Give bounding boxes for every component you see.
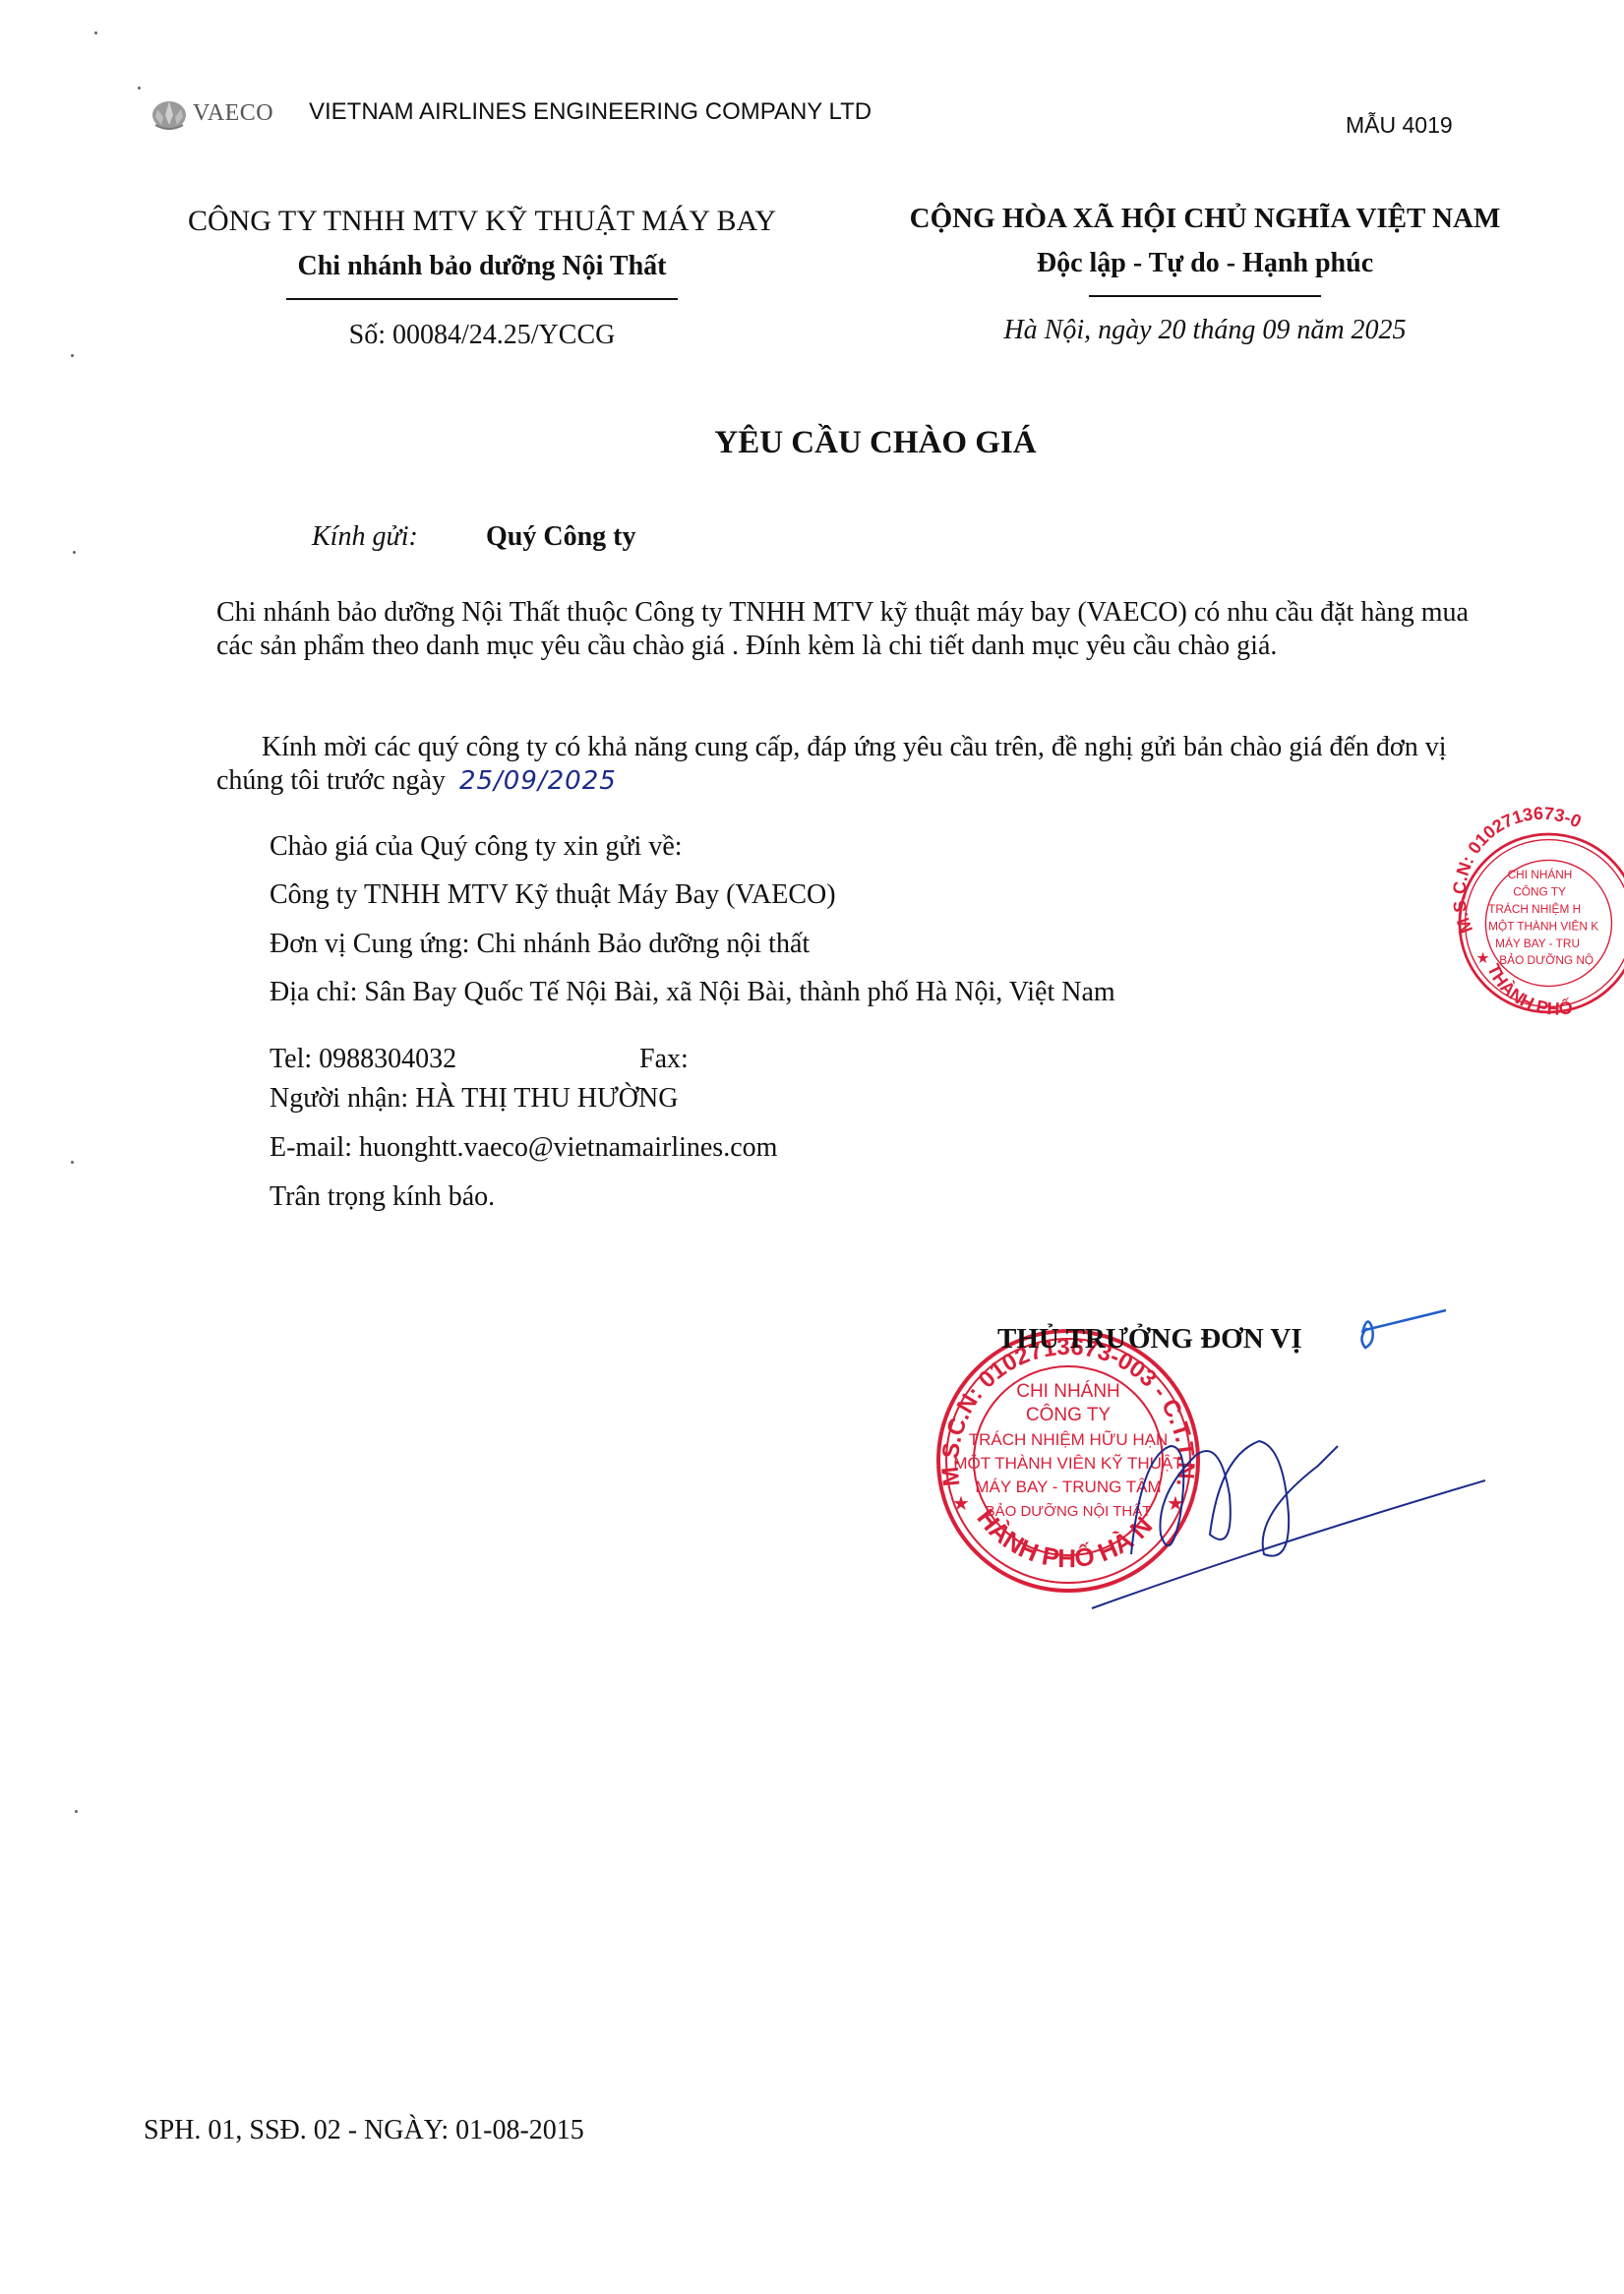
scan-speck xyxy=(71,1161,74,1164)
svg-text:THÀNH PHỐ: THÀNH PHỐ xyxy=(1483,961,1574,1019)
initial-mark xyxy=(1361,1310,1446,1348)
star-icon: ★ xyxy=(1476,950,1490,967)
contact-receiver: Người nhận: HÀ THỊ THU HƯỜNG xyxy=(270,1082,678,1116)
svg-text:MÁY BAY - TRUNG TÂM: MÁY BAY - TRUNG TÂM xyxy=(975,1478,1161,1496)
national-motto-block: CỘNG HÒA XÃ HỘI CHỦ NGHĨA VIỆT NAM Độc l… xyxy=(885,199,1525,348)
company-stamp: M.S.C.N: 0102713673-003 - C.T.T.N.H.H TH… xyxy=(931,1318,1206,1603)
scan-speck xyxy=(94,31,97,34)
contact-tel: Tel: 0988304032 xyxy=(270,1043,456,1076)
company-english-name: VIETNAM AIRLINES ENGINEERING COMPANY LTD xyxy=(309,98,872,126)
divider xyxy=(286,298,678,300)
contact-email: E-mail: huonghtt.vaeco@vietnamairlines.c… xyxy=(270,1131,777,1165)
place-date: Hà Nội, ngày 20 tháng 09 năm 2025 xyxy=(885,313,1525,348)
star-icon: ★ xyxy=(952,1493,970,1515)
document-number: Số: 00084/24.25/YCCG xyxy=(157,318,807,353)
lotus-logo-icon xyxy=(150,95,189,131)
handwritten-deadline: 25/09/2025 xyxy=(459,766,617,796)
body-paragraph-2: Kính mời các quý công ty có khả năng cun… xyxy=(216,731,1495,798)
divider xyxy=(1089,295,1321,297)
scan-speck xyxy=(71,354,74,357)
issuer-block: CÔNG TY TNHH MTV KỸ THUẬT MÁY BAY Chi nh… xyxy=(157,202,807,353)
svg-text:MỘT THÀNH VIÊN K: MỘT THÀNH VIÊN K xyxy=(1488,919,1598,933)
signatory-title: THỦ TRƯỞNG ĐƠN VỊ xyxy=(997,1323,1302,1356)
scan-speck xyxy=(73,551,76,554)
form-code: MẪU 4019 xyxy=(1346,112,1453,139)
document-title: YÊU CẦU CHÀO GIÁ xyxy=(0,425,1624,461)
edge-stamp: M.S.C.N: 0102713673-0 THÀNH PHỐ ★ CHI NH… xyxy=(1446,777,1624,1062)
svg-text:CÔNG TY: CÔNG TY xyxy=(1513,885,1566,899)
svg-text:CÔNG TY: CÔNG TY xyxy=(1026,1404,1112,1425)
greeting-label: Kính gửi: xyxy=(312,521,418,553)
svg-text:CHI NHÁNH: CHI NHÁNH xyxy=(1508,868,1573,881)
country-name: CỘNG HÒA XÃ HỘI CHỦ NGHĨA VIỆT NAM xyxy=(885,199,1525,238)
edge-stamp-bottom: THÀNH PHỐ xyxy=(1483,961,1574,1019)
contact-company: Công ty TNHH MTV Kỹ thuật Máy Bay (VAECO… xyxy=(270,878,836,912)
greeting-recipient: Quý Công ty xyxy=(486,521,635,553)
revision-footer: SPH. 01, SSĐ. 02 - NGÀY: 01-08-2015 xyxy=(144,2115,584,2146)
svg-text:MỘT THÀNH VIÊN KỸ THUẬT: MỘT THÀNH VIÊN KỸ THUẬT xyxy=(953,1454,1182,1473)
svg-text:TRÁCH NHIỆM H: TRÁCH NHIỆM H xyxy=(1488,902,1581,916)
svg-text:TRÁCH NHIỆM HỮU HẠN: TRÁCH NHIỆM HỮU HẠN xyxy=(969,1430,1168,1449)
svg-text:CHI NHÁNH: CHI NHÁNH xyxy=(1016,1381,1120,1402)
contact-address: Địa chỉ: Sân Bay Quốc Tế Nội Bài, xã Nội… xyxy=(270,976,1115,1009)
logo-text: VAECO xyxy=(193,100,273,127)
contact-unit: Đơn vị Cung ứng: Chi nhánh Bảo dưỡng nội… xyxy=(270,928,810,961)
star-icon: ★ xyxy=(1167,1493,1184,1515)
motto: Độc lập - Tự do - Hạnh phúc xyxy=(885,244,1525,283)
scan-speck xyxy=(75,1810,78,1813)
vaeco-logo: VAECO xyxy=(150,95,273,131)
body-paragraph-1: Chi nhánh bảo dưỡng Nội Thất thuộc Công … xyxy=(216,596,1495,663)
scan-speck xyxy=(138,87,141,90)
issuer-branch: Chi nhánh bảo dưỡng Nội Thất xyxy=(157,247,807,286)
issuer-company: CÔNG TY TNHH MTV KỸ THUẬT MÁY BAY xyxy=(157,202,807,241)
closing-line: Trân trọng kính báo. xyxy=(270,1180,495,1214)
contact-intro: Chào giá của Quý công ty xin gửi về: xyxy=(270,830,683,864)
svg-text:MÁY BAY - TRU: MÁY BAY - TRU xyxy=(1495,936,1580,950)
svg-text:BẢO DƯỠNG NỘ: BẢO DƯỠNG NỘ xyxy=(1499,953,1594,967)
contact-fax: Fax: xyxy=(639,1043,689,1076)
invitation-text: Kính mời các quý công ty có khả năng cun… xyxy=(216,732,1447,796)
svg-text:BẢO DƯỠNG NỘI THẤT: BẢO DƯỠNG NỘI THẤT xyxy=(986,1503,1152,1520)
